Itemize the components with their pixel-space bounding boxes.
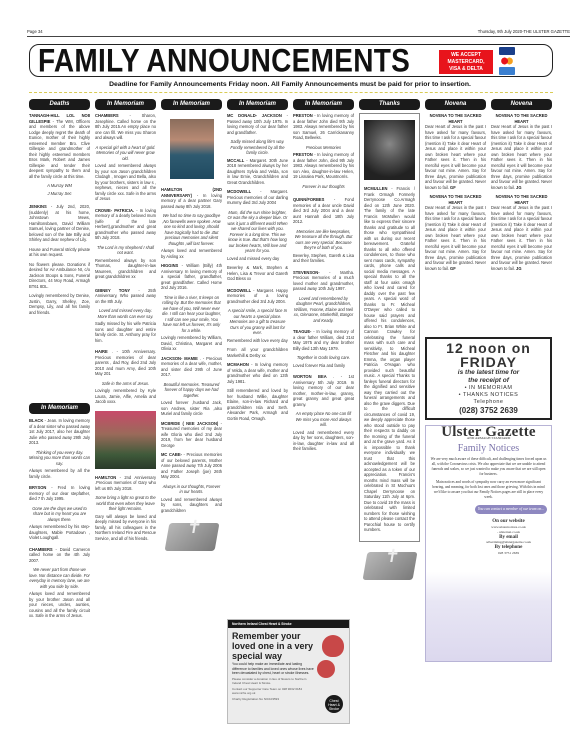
deadline-box-column: 12 noon on FRIDAY is the latest time for… bbox=[425, 333, 552, 662]
phone-number: 028 3751 2639 bbox=[470, 551, 547, 556]
charity-logo: Chest Heart & Stroke bbox=[325, 695, 343, 713]
section-heading-novena: Novena bbox=[425, 99, 486, 110]
divider bbox=[29, 92, 553, 93]
novena-column: NOVENA TO THE SACRED HEART Dear Heart of… bbox=[491, 113, 552, 275]
in-memoriam-column: BLACK - Jean. In loving memory of a dear… bbox=[29, 418, 90, 623]
notice: MC DONALD- JACKSON - Passed away 10th Ju… bbox=[227, 113, 288, 135]
section-heading-in-memoriam: In Memoriam bbox=[227, 99, 288, 110]
notice: MC CABE- - Precious memories of our belo… bbox=[161, 452, 222, 480]
notice: MCMAHON - In loving memory of Velda, a d… bbox=[227, 362, 288, 384]
payment-badge: WE ACCEPT MASTERCARD, VISA & DELTA bbox=[439, 50, 493, 74]
section-heading-in-memoriam: In Memoriam bbox=[95, 99, 156, 110]
masthead: FAMILY ANNOUNCEMENTS WE ACCEPT MASTERCAR… bbox=[29, 44, 553, 77]
bible-icon bbox=[362, 552, 417, 580]
notice: GIBNEY TONY - 25th Anniversary, Who pass… bbox=[95, 288, 156, 305]
novena-title: NOVENA TO THE SACRED HEART bbox=[491, 194, 552, 205]
notice: MCBRIDE ( NEE JACKSON) - Treasured memor… bbox=[161, 421, 222, 449]
notice: QUINN/FORBES - Fond memories of a dear u… bbox=[293, 197, 354, 225]
phone-number: (028) 3752 2639 bbox=[429, 406, 548, 416]
page-topline: Page 34 Thursday, 9th July 2020-THE ULST… bbox=[27, 29, 570, 37]
notice: PRESTON - In loving memory of a dear fat… bbox=[293, 152, 354, 180]
thanks-notice: MCMULLEN - Francis / Frank Ormagh Former… bbox=[359, 113, 420, 542]
deadline-notice: Deadline for Family Announcements Friday… bbox=[0, 81, 580, 88]
notice: HAIRE . - 10th Anniversary. Precious mem… bbox=[95, 349, 156, 377]
novena-prayer: Dear Heart of Jesus in the past I have a… bbox=[425, 205, 486, 271]
novena-title: NOVENA TO THE SACRED HEART bbox=[425, 113, 486, 124]
notice: BLACK - Jean. In loving memory of a dear… bbox=[29, 418, 90, 446]
notice: JACKSON- MAMIE . - Precious memories of … bbox=[161, 356, 222, 378]
memorial-photo bbox=[170, 119, 214, 179]
notice: CHAMBERS - David Cameron called home on … bbox=[29, 547, 90, 564]
novena-prayer: Dear Heart of Jesus in the past I have a… bbox=[425, 124, 486, 190]
notice: WORTON BEA . - 1st Anniversary 5th July … bbox=[293, 374, 354, 407]
notice: PRESTON - In loving memory of a dear fat… bbox=[293, 113, 354, 141]
in-memoriam-column: PRESTON - In loving memory of a dear fat… bbox=[293, 113, 354, 456]
deaths-column: TANNAGH-HILL LOL NO8 GILLESPIE - The WM,… bbox=[29, 113, 90, 319]
novena-title: NOVENA TO THE SACRED HEART bbox=[491, 113, 552, 124]
notice: HAMILTON - 2nd Anniversary .Precious mem… bbox=[95, 475, 156, 492]
notice: STEVENSON- - Martha. Precious memories o… bbox=[293, 270, 354, 292]
thanks-column: MCMULLEN - Francis / Frank Ormagh Former… bbox=[359, 113, 420, 580]
section-heading-novena: Novena bbox=[491, 99, 552, 110]
card-logos bbox=[499, 47, 515, 76]
notice: JENKINS - July 2nd, 2020, (suddenly) at … bbox=[29, 204, 90, 243]
in-memoriam-column: MC DONALD- JACKSON - Passed away 10th Ju… bbox=[227, 113, 288, 425]
section-heading-in-memoriam: In Memoriam bbox=[161, 99, 222, 110]
section-heading-thanks: Thanks bbox=[359, 99, 420, 110]
novena-column: NOVENA TO THE SACRED HEART Dear Heart of… bbox=[425, 113, 486, 275]
section-heading-deaths: Deaths bbox=[29, 99, 90, 110]
notice: MCCALL - Margaret. 30th June 2018 rememb… bbox=[227, 158, 288, 186]
section-heading-in-memoriam: In Memoriam bbox=[29, 403, 90, 414]
section-heading-in-memoriam: In Memoriam bbox=[293, 99, 354, 110]
notice: MCDOWELL - Margaret. Precious memories o… bbox=[227, 189, 288, 206]
visa-icon bbox=[499, 47, 515, 55]
bible-icon bbox=[164, 523, 219, 551]
novena-prayer: Dear Heart of Jesus in the past I have a… bbox=[491, 124, 552, 190]
mastercard-icon bbox=[499, 57, 515, 65]
notice: BRYSON - Fred In loving memory of our de… bbox=[29, 485, 90, 502]
deadline-box: 12 noon on FRIDAY is the latest time for… bbox=[425, 337, 552, 420]
notice: HAMILTON (2ND ANNIVERSARY) - In loving m… bbox=[161, 187, 222, 209]
novena-title: NOVENA TO THE SACRED HEART bbox=[425, 194, 486, 205]
heart-icon bbox=[322, 635, 344, 657]
page-number: Page 34 bbox=[27, 29, 43, 35]
family-notices-ad: Ulster Gazette AND ARMAGH STANDARD Famil… bbox=[425, 425, 552, 662]
memorial-photo bbox=[95, 411, 156, 469]
notice: CROWE- PATRICIA. - In loving memory of a… bbox=[95, 208, 156, 241]
page-title: FAMILY ANNOUNCEMENTS bbox=[38, 42, 410, 79]
novena-prayer: Dear Heart of Jesus in the past I have a… bbox=[491, 205, 552, 271]
notice: TANNAGH-HILL LOL NO8 GILLESPIE - The WM,… bbox=[29, 113, 90, 179]
heart-icon bbox=[317, 660, 335, 678]
dateline: Thursday, 9th July 2020-THE ULSTER GAZET… bbox=[478, 29, 570, 35]
notice: MCMULLEN - Francis / Frank Ormagh Former… bbox=[364, 186, 415, 533]
ulster-gazette-logo: Ulster Gazette bbox=[430, 430, 547, 436]
in-memoriam-column: CHAMBERS - Sharon, Josephine. Called hom… bbox=[95, 113, 156, 545]
notice: MCDOWELL - Margaret. Happy memories of a… bbox=[227, 288, 288, 305]
memorial-photo bbox=[364, 120, 415, 180]
notice: CHAMBERS - Sharon, Josephine. Called hom… bbox=[95, 113, 156, 141]
notice: TEAGUE- - In loving memory of a dear fat… bbox=[293, 329, 354, 351]
notice: HIGGINS - William (Billy) 4th Anniversar… bbox=[161, 263, 222, 291]
chest-heart-stroke-ad: Northern Ireland Chest Heart & Stroke Re… bbox=[227, 619, 350, 724]
in-memoriam-column: HAMILTON (2ND ANNIVERSARY) - In loving m… bbox=[161, 113, 222, 551]
delta-icon bbox=[499, 67, 515, 75]
